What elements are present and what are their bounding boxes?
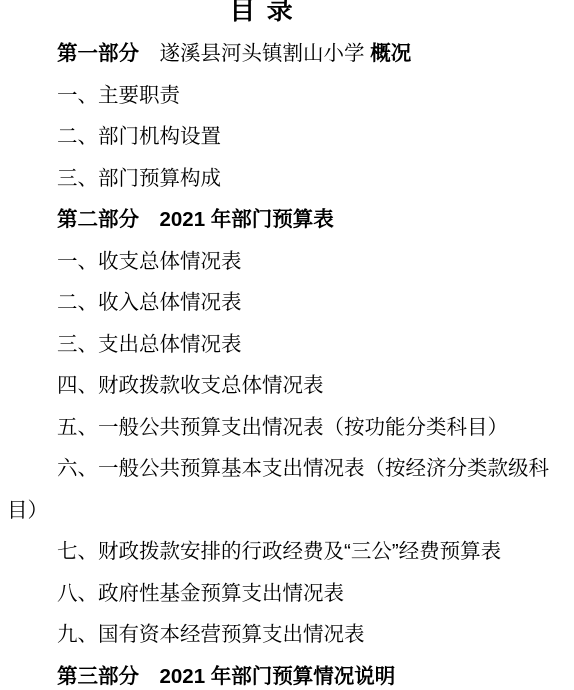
toc-text-segment: 九、国有资本经营预算支出情况表 [57, 623, 365, 646]
toc-section-heading: 第三部分 2021 年部门预算情况说明 [7, 656, 564, 690]
toc-text-segment: 八、政府性基金预算支出情况表 [57, 582, 344, 605]
toc-text-segment: 二、部门机构设置 [57, 125, 221, 148]
toc-text-segment: 一、收支总体情况表 [57, 250, 242, 273]
toc-text-segment: 二、收入总体情况表 [57, 291, 242, 314]
toc-text-segment: 六、一般公共预算基本支出情况表（按经济分类款级科目） [7, 457, 549, 522]
table-of-contents: 第一部分 遂溪县河头镇割山小学 概况一、主要职责二、部门机构设置三、部门预算构成… [0, 33, 574, 690]
toc-text-segment: 四、财政拨款收支总体情况表 [57, 374, 324, 397]
toc-item: 三、部门预算构成 [7, 158, 564, 200]
toc-item: 六、一般公共预算基本支出情况表（按经济分类款级科目） [7, 448, 564, 531]
toc-text-segment: 三、部门预算构成 [57, 167, 221, 190]
toc-text-segment: 第三部分 2021 年部门预算情况说明 [57, 665, 395, 688]
toc-item: 九、国有资本经营预算支出情况表 [7, 614, 564, 656]
toc-text-segment: 一、主要职责 [57, 84, 180, 107]
toc-item: 二、收入总体情况表 [7, 282, 564, 324]
toc-item: 一、主要职责 [7, 75, 564, 117]
toc-text-segment: 概况 [370, 42, 411, 65]
toc-text-segment: 第二部分 2021 年部门预算表 [57, 208, 334, 231]
document-page: 目 录 第一部分 遂溪县河头镇割山小学 概况一、主要职责二、部门机构设置三、部门… [0, 0, 574, 690]
toc-text-segment: 七、财政拨款安排的行政经费及“三公”经费预算表 [57, 540, 501, 563]
toc-item: 四、财政拨款收支总体情况表 [7, 365, 564, 407]
toc-item: 八、政府性基金预算支出情况表 [7, 573, 564, 615]
page-title: 目 录 [0, 0, 549, 27]
toc-item: 二、部门机构设置 [7, 116, 564, 158]
toc-text-segment: 五、一般公共预算支出情况表（按功能分类科目） [57, 416, 508, 439]
toc-text-segment: 遂溪县河头镇割山小学 [139, 42, 370, 65]
toc-item: 七、财政拨款安排的行政经费及“三公”经费预算表 [7, 531, 564, 573]
toc-section-heading: 第一部分 遂溪县河头镇割山小学 概况 [7, 33, 564, 75]
toc-text-segment: 第一部分 [57, 42, 139, 65]
toc-item: 五、一般公共预算支出情况表（按功能分类科目） [7, 407, 564, 449]
toc-section-heading: 第二部分 2021 年部门预算表 [7, 199, 564, 241]
toc-text-segment: 三、支出总体情况表 [57, 333, 242, 356]
toc-item: 三、支出总体情况表 [7, 324, 564, 366]
toc-item: 一、收支总体情况表 [7, 241, 564, 283]
